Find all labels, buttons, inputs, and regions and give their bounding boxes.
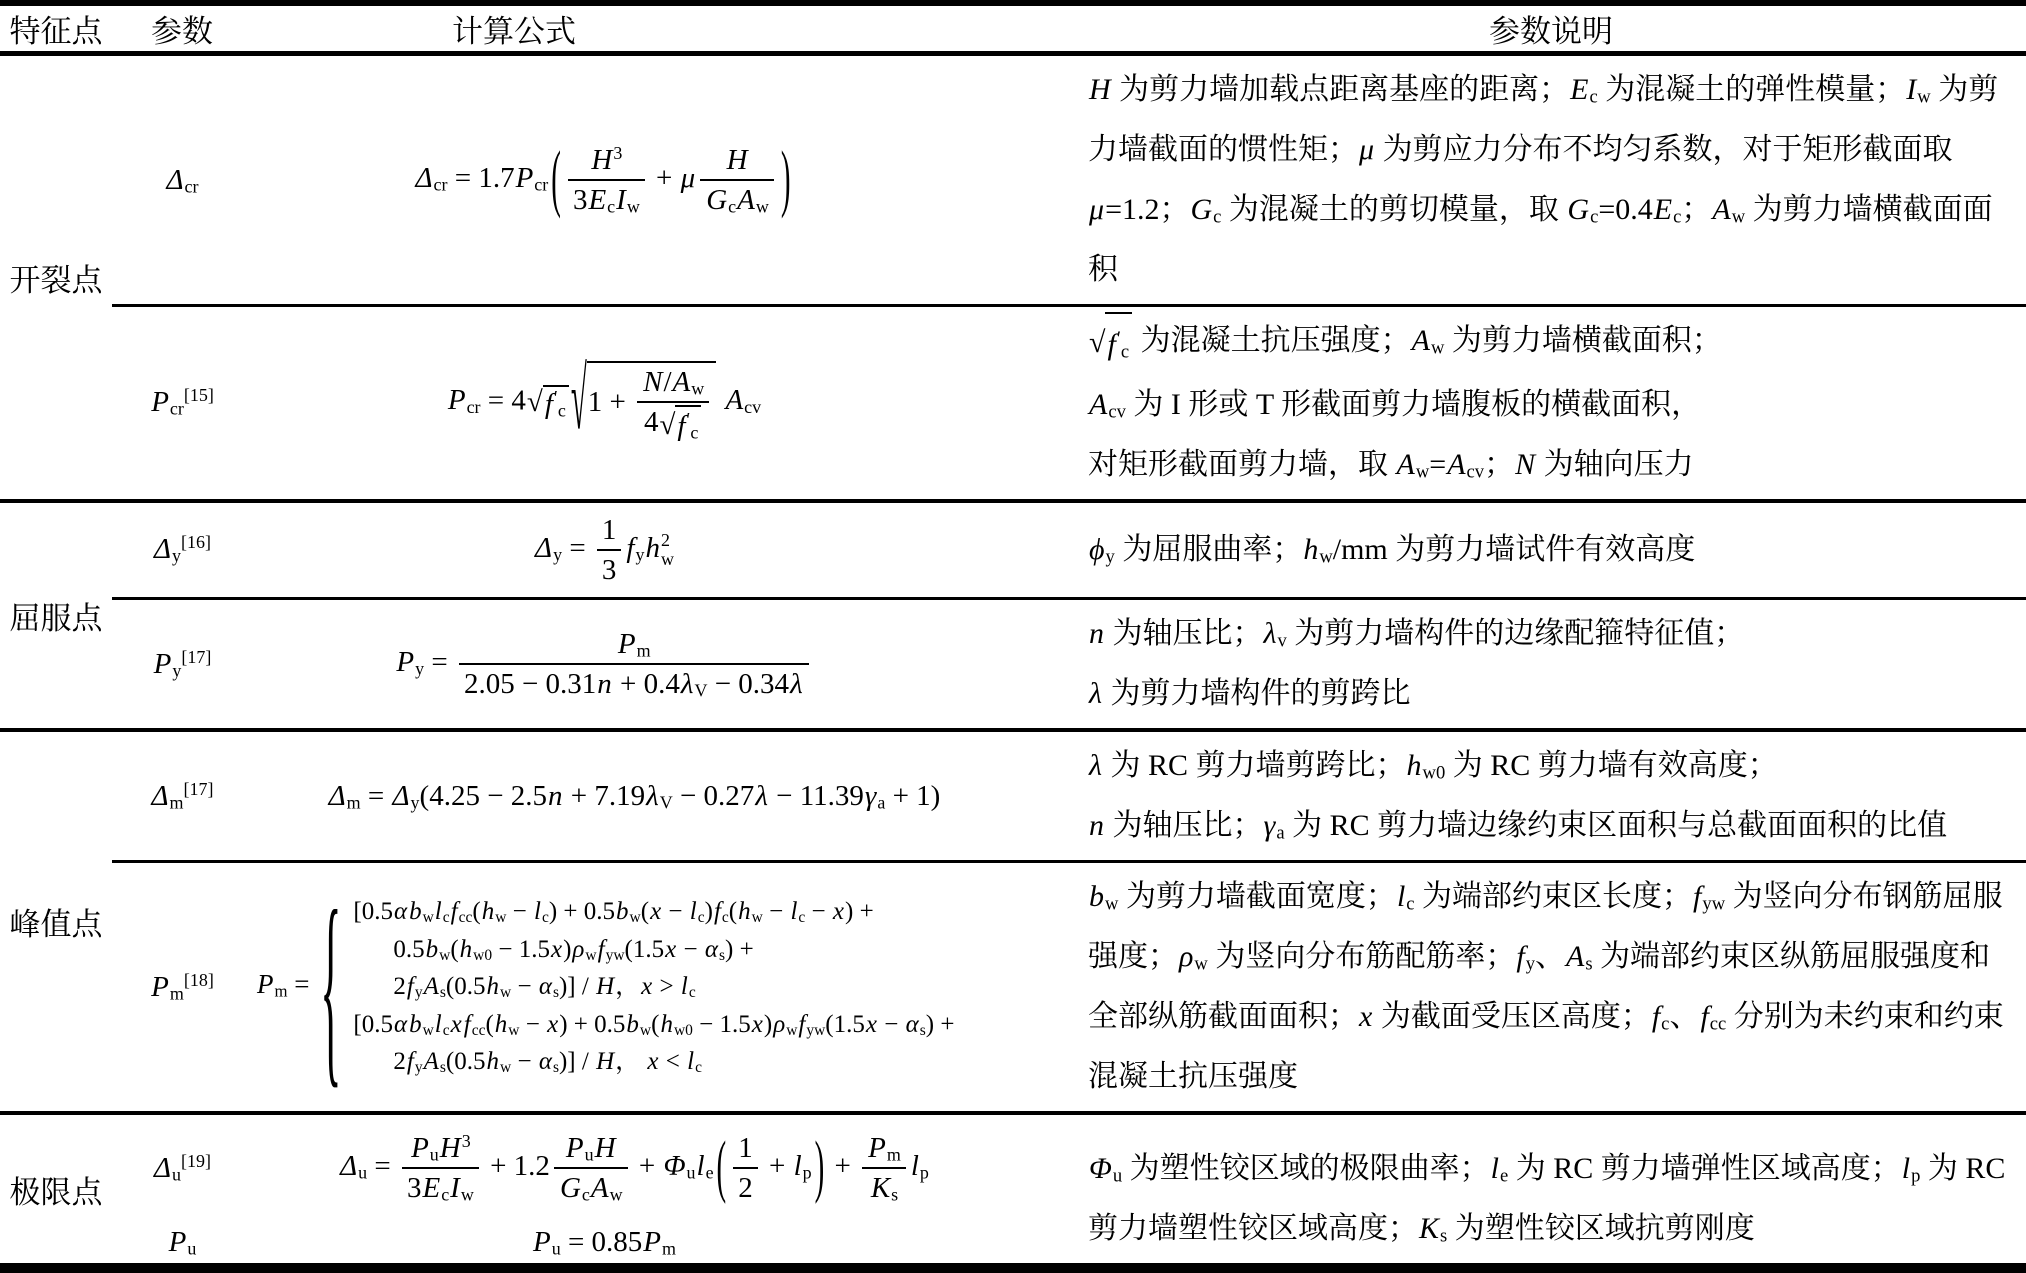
col-header-parameter: 参数 [112, 3, 252, 54]
param-delta-u: Δu[19] [112, 1113, 252, 1222]
row-delta-m: 峰值点 Δm[17] Δm = Δy(4.25 − 2.5n + 7.19λV … [0, 730, 2026, 862]
formula-delta-cr: Δcr = 1.7Pcr(H33EcIw + μHGcAw) [252, 54, 1076, 306]
formula-delta-m: Δm = Δy(4.25 − 2.5n + 7.19λV − 0.27λ − 1… [252, 730, 1076, 862]
formula-delta-u: Δu = PuH33EcIw + 1.2PuHGcAw + Φule(12 + … [252, 1113, 1076, 1222]
param-delta-m: Δm[17] [112, 730, 252, 862]
col-header-feature-point: 特征点 [0, 3, 112, 54]
col-header-formula: 计算公式 [252, 3, 1076, 54]
formula-delta-y: Δy = 13fyh2w [252, 501, 1076, 599]
row-p-m: Pm[18] Pm = {[0.5αbwlcfcc(hw − lc) + 0.5… [0, 862, 2026, 1114]
desc-p-m: bw 为剪力墙截面宽度；lc 为端部约束区长度；fyw 为竖向分布钢筋屈服强度；… [1076, 862, 2026, 1114]
row-p-y: Py[17] Py = Pm2.05 − 0.31n + 0.4λV − 0.3… [0, 599, 2026, 731]
row-delta-u: 极限点 Δu[19] Δu = PuH33EcIw + 1.2PuHGcAw +… [0, 1113, 2026, 1222]
param-p-y: Py[17] [112, 599, 252, 731]
desc-delta-m: λ 为 RC 剪力墙剪跨比；hw0 为 RC 剪力墙有效高度；n 为轴压比；γa… [1076, 730, 2026, 862]
formula-p-cr: Pcr = 4√f′c√1 + N/Aw4√f′c Acv [252, 306, 1076, 501]
formula-p-u: Pu = 0.85Pm [252, 1222, 1076, 1268]
rowhead-peak-point: 峰值点 [0, 730, 112, 1113]
row-p-cr: Pcr[15] Pcr = 4√f′c√1 + N/Aw4√f′c Acv √f… [0, 306, 2026, 501]
table-header-row: 特征点 参数 计算公式 参数说明 [0, 3, 2026, 54]
param-delta-cr: Δcr [112, 54, 252, 306]
col-header-description: 参数说明 [1076, 3, 2026, 54]
desc-p-cr: √f′c 为混凝土抗压强度；Aw 为剪力墙横截面积；Acv 为 I 形或 T 形… [1076, 306, 2026, 501]
desc-delta-u: Φu 为塑性铰区域的极限曲率；le 为 RC 剪力墙弹性区域高度；lp 为 RC… [1076, 1113, 2026, 1268]
rowhead-cracking-point: 开裂点 [0, 54, 112, 501]
param-p-m: Pm[18] [112, 862, 252, 1114]
desc-delta-cr: H 为剪力墙加载点距离基座的距离；Ec 为混凝土的弹性模量；Iw 为剪力墙截面的… [1076, 54, 2026, 306]
param-delta-y: Δy[16] [112, 501, 252, 599]
param-p-cr: Pcr[15] [112, 306, 252, 501]
desc-p-y: n 为轴压比；λv 为剪力墙构件的边缘配箍特征值；λ 为剪力墙构件的剪跨比 [1076, 599, 2026, 731]
param-p-u: Pu [112, 1222, 252, 1268]
desc-delta-y: ϕy 为屈服曲率；hw/mm 为剪力墙试件有效高度 [1076, 501, 2026, 599]
rowhead-ultimate-point: 极限点 [0, 1113, 112, 1268]
characteristic-points-table: 特征点 参数 计算公式 参数说明 开裂点 Δcr Δcr = 1.7Pcr(H3… [0, 0, 2026, 1273]
formula-p-y: Py = Pm2.05 − 0.31n + 0.4λV − 0.34λ [252, 599, 1076, 731]
row-delta-cr: 开裂点 Δcr Δcr = 1.7Pcr(H33EcIw + μHGcAw) H… [0, 54, 2026, 306]
rowhead-yield-point: 屈服点 [0, 501, 112, 731]
formula-p-m: Pm = {[0.5αbwlcfcc(hw − lc) + 0.5bw(x − … [252, 862, 1076, 1114]
row-delta-y: 屈服点 Δy[16] Δy = 13fyh2w ϕy 为屈服曲率；hw/mm 为… [0, 501, 2026, 599]
